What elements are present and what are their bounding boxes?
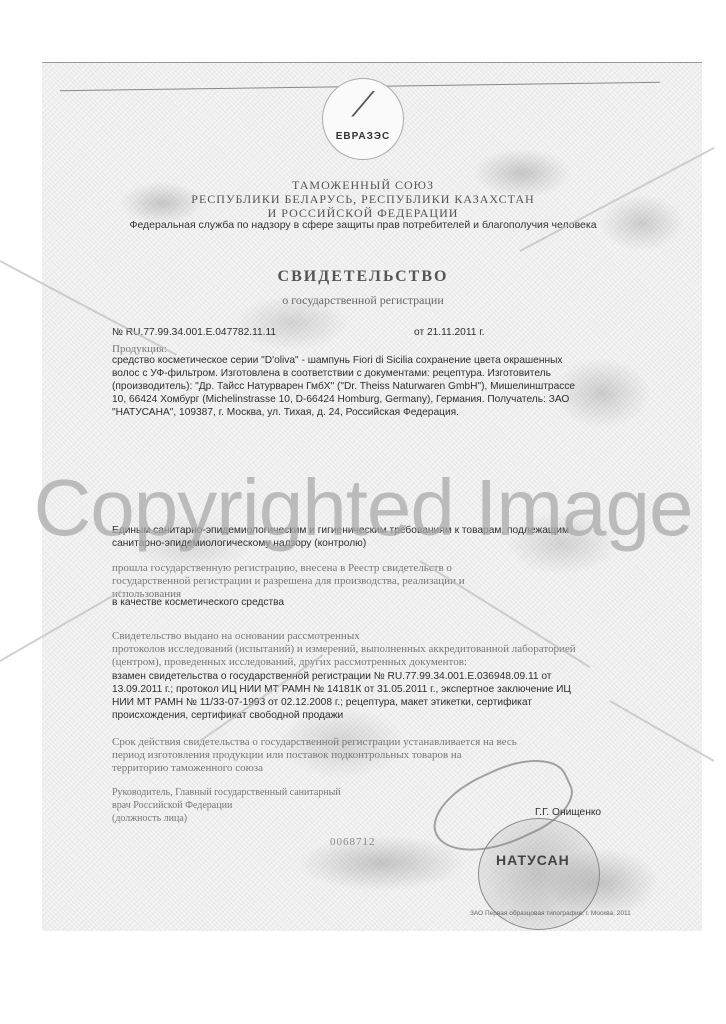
product-line: волос с УФ-фильтром. Изготовлена в соотв… [112,367,612,380]
signatory-line: (должность лица) [112,812,412,825]
registration-number: RU.77.99.34.001.E.047782.11.11 [126,327,276,338]
date-prefix: от [414,327,424,338]
registration-date: 21.11.2011 г. [427,327,485,338]
basis-preamble-line: (центром), проведенных исследований, дру… [112,656,612,669]
basis-line: 13.09.2011 г.; протокол ИЦ НИИ МТ РАМН №… [112,683,612,696]
signatory-title: Руководитель, Главный государственный са… [112,786,412,825]
usage-preamble-line: государственной регистрации и разрешена … [112,575,612,588]
printer-footer: ЗАО Первая образцовая типография, г. Мос… [470,910,631,917]
document-subtitle: о государственной регистрации [0,293,726,308]
product-line: (производитель): "Др. Тайсс Натурварен Г… [112,380,612,393]
agency-name: Федеральная служба по надзору в сфере за… [0,219,726,231]
stamp-text: НАТУСАН [496,852,570,868]
product-line: 10, 66424 Хомбург (Michelinstrasse 10, D… [112,393,612,406]
compliance-text: Единым санитарно-эпидемиологическим и ги… [112,524,612,550]
basis-documents: взамен свидетельства о государственной р… [112,670,612,722]
signatory-name: Г.Г. Онищенко [535,806,601,819]
product-description: средство косметическое серии "D'oliva" -… [112,354,612,419]
usage-value: в качестве косметического средства [112,596,284,609]
logo-label: ЕВРАЗЭС [323,131,403,142]
basis-line: НИИ МТ РАМН № 11/33-07-1993 от 02.12.200… [112,696,612,709]
registration-date-row: от 21.11.2011 г. [414,326,485,339]
basis-line: происхождения, сертификат свободной прод… [112,709,612,722]
compliance-line: санитарно-эпидемиологическому надзору (к… [112,537,612,550]
basis-line: взамен свидетельства о государственной р… [112,670,612,683]
compliance-line: Единым санитарно-эпидемиологическим и ги… [112,524,612,537]
eurasec-logo: ⟋ ЕВРАЗЭС [322,78,404,160]
signatory-line: Руководитель, Главный государственный са… [112,786,412,799]
signatory-line: врач Российской Федерации [112,799,412,812]
validity-line: Срок действия свидетельства о государств… [112,736,612,749]
bird-emblem-icon: ⟋ [323,79,403,131]
union-title-line1: ТАМОЖЕННЫЙ СОЮЗ [0,178,726,193]
product-line: средство косметическое серии "D'oliva" -… [112,354,612,367]
product-line: "НАТУСАНА", 109387, г. Москва, ул. Тихая… [112,406,612,419]
document-title: СВИДЕТЕЛЬСТВО [0,268,726,286]
number-prefix: № [112,327,123,338]
usage-preamble-line: прошла государственную регистрацию, внес… [112,562,612,575]
form-serial-number: 0068712 [330,836,376,848]
basis-preamble-line: протоколов исследований (испытаний) и из… [112,643,612,656]
